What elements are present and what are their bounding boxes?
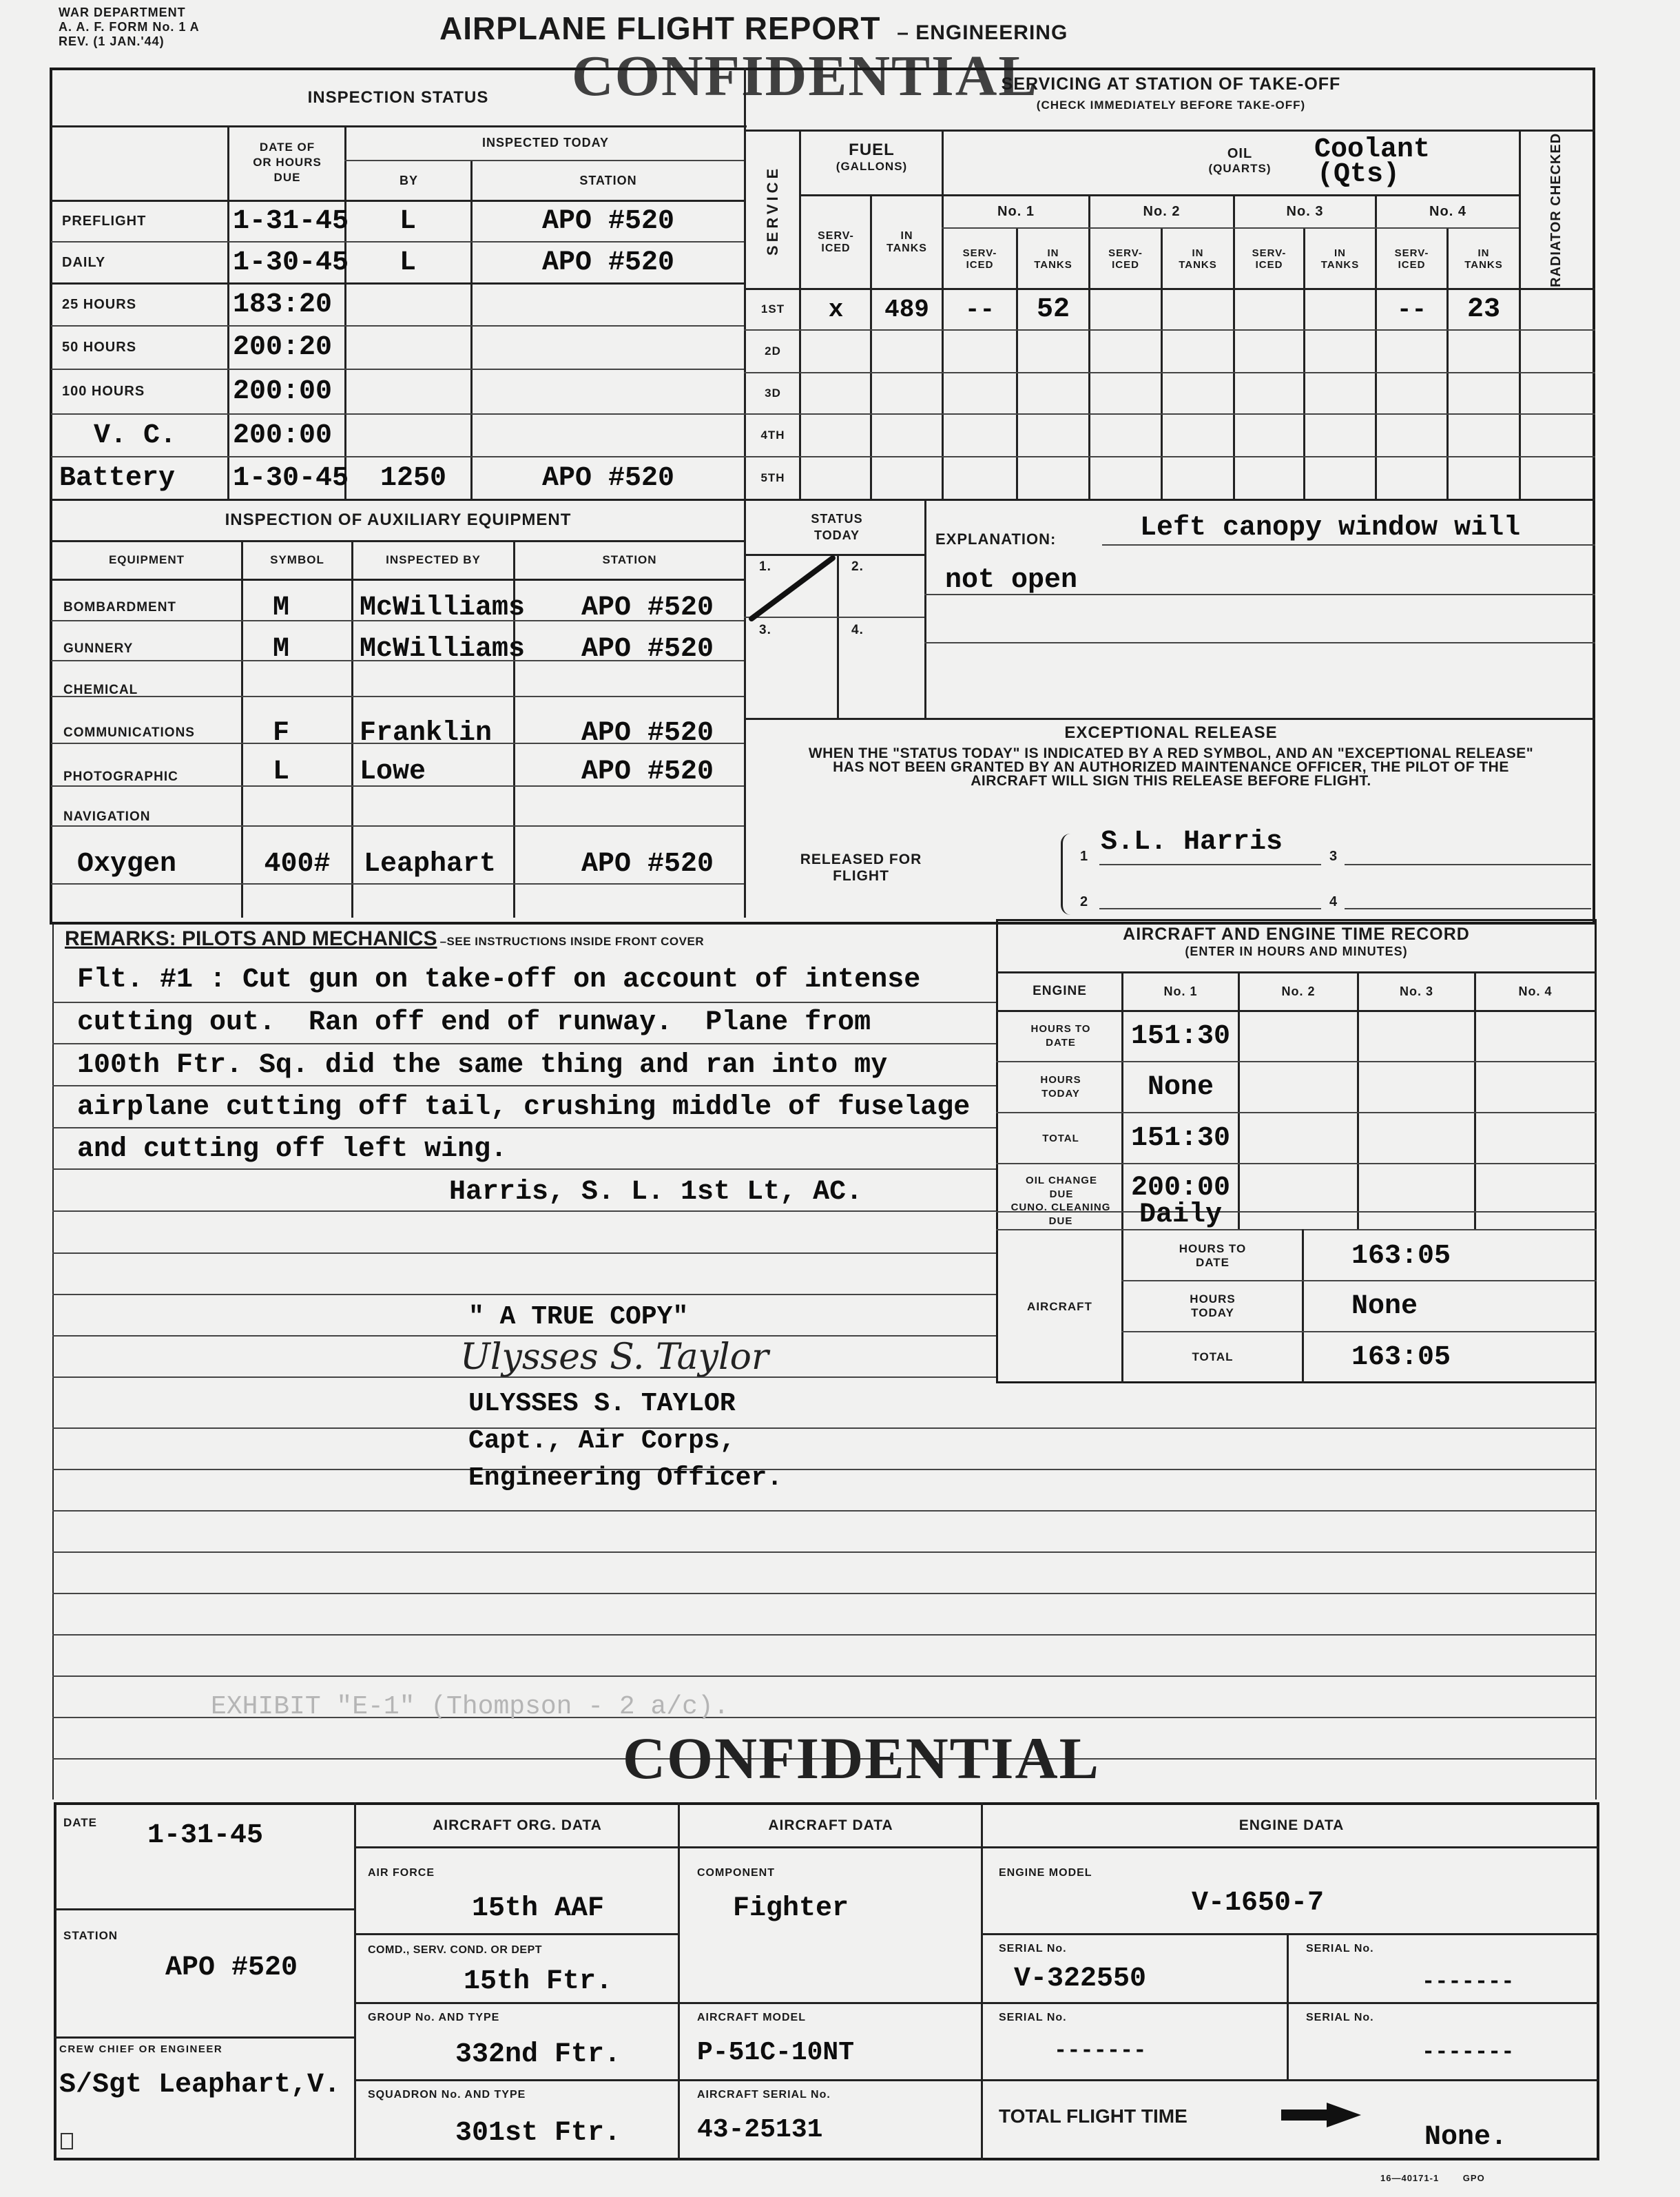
comd-value[interactable]: 15th Ftr. xyxy=(357,1962,678,2001)
group-value[interactable]: 332nd Ftr. xyxy=(357,2032,678,2076)
remarks-line[interactable]: airplane cutting off tail, crushing midd… xyxy=(77,1092,970,1123)
engine1-serviced-value[interactable]: -- xyxy=(944,289,1016,329)
serial-no-label: SERIAL No. xyxy=(999,2012,1067,2024)
aux-symbol[interactable]: M xyxy=(243,628,319,670)
aux-station[interactable]: APO #520 xyxy=(551,751,744,792)
engine-no4-header: No. 4 xyxy=(1377,196,1519,227)
time-row-label: HOURS TODAY xyxy=(1006,1062,1116,1112)
time-row-value[interactable]: 151:30 xyxy=(1123,1011,1238,1061)
time-engine-no1: No. 1 xyxy=(1123,973,1238,1010)
date-label: DATE xyxy=(63,1816,97,1830)
engine-model-value[interactable]: V-1650-7 xyxy=(1192,1888,1324,1919)
inspection-status-title: INSPECTION STATUS xyxy=(52,70,744,125)
inspection-label: 100 HOURS xyxy=(62,370,145,413)
engine-serial-1[interactable]: V-322550 xyxy=(1014,1963,1146,1994)
aircraft-label: AIRCRAFT xyxy=(998,1230,1121,1383)
crew-chief-value[interactable]: S/Sgt Leaphart,V. xyxy=(59,2070,340,2101)
engine-no1-header: No. 1 xyxy=(944,196,1088,227)
status-today-title: STATUS TODAY xyxy=(785,502,889,553)
aux-symbol[interactable]: F xyxy=(243,712,319,754)
inspection-label: V. C. xyxy=(94,415,176,456)
exceptional-release-body: WHEN THE "STATUS TODAY" IS INDICATED BY … xyxy=(796,747,1546,788)
aux-symbol[interactable]: L xyxy=(243,751,319,792)
fuel-serviced-header: SERV-ICED xyxy=(802,197,870,288)
in-tanks-header: IN TANKS xyxy=(1163,230,1233,288)
group-label: GROUP No. AND TYPE xyxy=(368,2012,499,2024)
release-signature-1[interactable]: S.L. Harris xyxy=(1101,827,1283,858)
component-value[interactable]: Fighter xyxy=(733,1893,849,1924)
squadron-value[interactable]: 301st Ftr. xyxy=(357,2110,678,2156)
coolant-note: Coolant (Qts) xyxy=(1314,138,1430,187)
aux-equipment-label: NAVIGATION xyxy=(63,796,150,838)
aux-equipment-label: CHEMICAL xyxy=(63,670,138,711)
remarks-line[interactable]: and cutting off left wing. xyxy=(77,1134,507,1165)
explanation-line[interactable]: Left canopy window will xyxy=(1140,513,1520,544)
inspection-due[interactable]: 1-30-45 xyxy=(233,243,349,282)
print-code: 16—40171-1 GPO xyxy=(1380,2173,1485,2183)
print-code-text: 16—40171-1 xyxy=(1380,2173,1439,2183)
explanation-line[interactable]: not open xyxy=(945,565,1077,596)
in-tanks-header: IN TANKS xyxy=(1018,230,1088,288)
in-tanks-header: IN TANKS xyxy=(1305,230,1375,288)
aux-equipment-label: GUNNERY xyxy=(63,628,133,670)
col-due-header: DATE OF OR HOURS DUE xyxy=(230,125,344,200)
remarks-line[interactable]: Flt. #1 : Cut gun on take-off on account… xyxy=(77,965,920,996)
aux-equipment-label: PHOTOGRAPHIC xyxy=(63,756,178,798)
aux-inspected-by[interactable]: Lowe xyxy=(360,751,426,792)
total-flight-time-label: TOTAL FLIGHT TIME xyxy=(999,2105,1188,2127)
service-row-label: 1ST xyxy=(747,289,799,329)
service-row-label: 2D xyxy=(747,331,799,372)
service-row-label: 4TH xyxy=(747,415,799,456)
inspection-due[interactable]: 200:20 xyxy=(233,327,332,369)
remarks-line[interactable]: Harris, S. L. 1st Lt, AC. xyxy=(449,1177,862,1208)
aircraft-hours-today[interactable]: None xyxy=(1351,1281,1418,1331)
inspection-label: Battery xyxy=(59,457,175,499)
checkbox[interactable] xyxy=(61,2133,73,2149)
remarks-header: REMARKS: PILOTS AND MECHANICS –SEE INSTR… xyxy=(65,927,704,951)
title-text: AIRPLANE FLIGHT REPORT xyxy=(439,10,880,46)
engine-no2-header: No. 2 xyxy=(1090,196,1233,227)
status-quadrant-4[interactable]: 4. xyxy=(851,623,864,638)
page-title: AIRPLANE FLIGHT REPORT – ENGINEERING xyxy=(439,10,1068,47)
servicing-title: SERVICING AT STATION OF TAKE-OFF (CHECK … xyxy=(747,74,1595,112)
remarks-line[interactable]: 100th Ftr. Sq. did the same thing and ra… xyxy=(77,1050,887,1081)
service-row-label: 5TH xyxy=(747,457,799,499)
time-row-label: TOTAL xyxy=(1006,1113,1116,1163)
confidential-stamp-bottom: CONFIDENTIAL xyxy=(623,1724,1100,1793)
explanation-label: EXPLANATION: xyxy=(935,530,1056,548)
col-inspected-today: INSPECTED TODAY xyxy=(347,125,744,160)
time-engine-no4: No. 4 xyxy=(1476,973,1595,1010)
engine-model-label: ENGINE MODEL xyxy=(999,1867,1092,1879)
time-row-value[interactable]: None xyxy=(1123,1062,1238,1112)
oil-label: OIL xyxy=(1171,146,1309,162)
form-id: WAR DEPARTMENT A. A. F. FORM No. 1 A REV… xyxy=(59,6,200,49)
comd-label: COMD., SERV. COND. OR DEPT xyxy=(368,1944,542,1957)
officer-rank: Capt., Air Corps, xyxy=(468,1426,736,1456)
fuel-serviced-value[interactable]: x xyxy=(802,289,870,329)
time-engine-no2: No. 2 xyxy=(1240,973,1357,1010)
officer-name: ULYSSES S. TAYLOR xyxy=(468,1389,736,1419)
aux-station[interactable]: APO #520 xyxy=(551,843,744,885)
aircraft-total[interactable]: 163:05 xyxy=(1351,1332,1451,1382)
aux-station[interactable]: APO #520 xyxy=(551,587,744,628)
fuel-in-tanks-value[interactable]: 489 xyxy=(872,289,942,329)
aircraft-row-label: HOURS TODAY xyxy=(1123,1281,1302,1331)
signature-num: 3 xyxy=(1329,849,1338,865)
signature-num: 2 xyxy=(1080,894,1088,910)
total-flight-time-value[interactable]: None. xyxy=(1424,2122,1507,2153)
remarks-instruction: –SEE INSTRUCTIONS INSIDE FRONT COVER xyxy=(440,935,705,948)
officer-title: Engineering Officer. xyxy=(468,1463,782,1493)
inspection-due[interactable]: 183:20 xyxy=(233,284,332,325)
col-symbol: SYMBOL xyxy=(243,541,351,579)
fuel-unit: (GALLONS) xyxy=(802,160,942,174)
signature-num: 1 xyxy=(1080,849,1088,865)
aux-station[interactable]: APO #520 xyxy=(551,712,744,754)
inspection-station[interactable]: APO #520 xyxy=(473,201,744,241)
inspection-due[interactable]: 1-30-45 xyxy=(233,457,349,499)
status-quadrant-2[interactable]: 2. xyxy=(851,559,864,575)
exhibit-note: EXHIBIT "E-1" (Thompson - 2 a/c). xyxy=(211,1692,729,1722)
col-aux-station: STATION xyxy=(515,541,744,579)
aircraft-row-label: TOTAL xyxy=(1123,1332,1302,1382)
engine-serial-4[interactable]: ------- xyxy=(1422,2039,1514,2065)
time-record-subtitle-text: (ENTER IN HOURS AND MINUTES) xyxy=(998,945,1595,959)
exceptional-release-title: EXCEPTIONAL RELEASE xyxy=(747,721,1595,745)
release-brace xyxy=(1061,834,1072,915)
aux-symbol[interactable]: 400# xyxy=(243,843,351,885)
time-record-title-text: AIRCRAFT AND ENGINE TIME RECORD xyxy=(998,925,1595,945)
coolant-unit: (Qts) xyxy=(1317,163,1430,187)
engine-serial-3[interactable]: ------- xyxy=(1054,2038,1146,2063)
service-row-label: 3D xyxy=(747,373,799,413)
fuel-label: FUEL xyxy=(802,141,942,160)
inspection-label: 25 HOURS xyxy=(62,284,136,325)
inspection-station[interactable]: APO #520 xyxy=(473,243,744,282)
engine-no3-header: No. 3 xyxy=(1235,196,1375,227)
time-row-value[interactable]: 151:30 xyxy=(1123,1113,1238,1163)
dept-line: WAR DEPARTMENT xyxy=(59,6,200,20)
status-quadrant-3[interactable]: 3. xyxy=(759,623,771,638)
engine4-serviced-value[interactable]: -- xyxy=(1377,289,1446,329)
aux-equipment-title: INSPECTION OF AUXILIARY EQUIPMENT xyxy=(52,500,744,540)
officer-signature: Ulysses S. Taylor xyxy=(460,1337,769,1378)
engine-data-title: ENGINE DATA xyxy=(984,1805,1599,1846)
fuel-header: FUEL (GALLONS) xyxy=(802,141,942,174)
aircraft-row-label: HOURS TO DATE xyxy=(1123,1232,1302,1280)
col-by: BY xyxy=(347,161,470,200)
aux-equipment-label: Oxygen xyxy=(77,843,176,885)
aux-inspected-by[interactable]: McWilliams xyxy=(360,628,525,670)
serial-no-label: SERIAL No. xyxy=(999,1943,1067,1955)
dept-line: REV. (1 JAN.'44) xyxy=(59,34,200,49)
inspection-label: DAILY xyxy=(62,243,105,282)
aux-symbol[interactable]: M xyxy=(243,587,319,628)
subtitle-text: – ENGINEERING xyxy=(897,21,1068,44)
aux-inspected-by[interactable]: Franklin xyxy=(360,712,492,754)
dept-line: A. A. F. FORM No. 1 A xyxy=(59,20,200,34)
inspection-label: PREFLIGHT xyxy=(62,201,146,241)
signature-num: 4 xyxy=(1329,894,1338,910)
serviced-header: SERV-ICED xyxy=(1090,230,1161,288)
serviced-header: SERV-ICED xyxy=(1377,230,1446,288)
inspection-station[interactable]: APO #520 xyxy=(473,457,744,499)
oil-unit: (QUARTS) xyxy=(1171,162,1309,176)
inspection-by[interactable]: L xyxy=(400,243,416,282)
aux-station[interactable]: APO #520 xyxy=(551,628,744,670)
inspection-by[interactable]: L xyxy=(400,201,416,241)
time-record-title: AIRCRAFT AND ENGINE TIME RECORD (ENTER I… xyxy=(998,925,1595,959)
time-row-label: HOURS TO DATE xyxy=(1006,1011,1116,1061)
remarks-title: REMARKS: PILOTS AND MECHANICS xyxy=(65,927,437,950)
aircraft-hours-to-date[interactable]: 163:05 xyxy=(1351,1232,1451,1280)
gpo-text: GPO xyxy=(1463,2173,1485,2183)
air-force-value[interactable]: 15th AAF xyxy=(357,1886,678,1930)
engine4-in-tanks-value[interactable]: 23 xyxy=(1449,289,1519,329)
remarks-line[interactable]: cutting out. Ran off end of runway. Plan… xyxy=(77,1007,871,1038)
oil-header: OIL (QUARTS) xyxy=(1171,146,1309,176)
inspection-due[interactable]: 200:00 xyxy=(233,370,332,413)
aircraft-serial-value[interactable]: 43-25131 xyxy=(697,2115,822,2145)
servicing-subtitle-text: (CHECK IMMEDIATELY BEFORE TAKE-OFF) xyxy=(747,99,1595,112)
col-inspected-by: INSPECTED BY xyxy=(353,541,513,579)
serial-no-label: SERIAL No. xyxy=(1306,1943,1374,1955)
col-equipment: EQUIPMENT xyxy=(52,541,241,579)
component-label: COMPONENT xyxy=(697,1867,775,1879)
org-data-title: AIRCRAFT ORG. DATA xyxy=(357,1805,678,1846)
released-for-flight-label: RELEASED FOR FLIGHT xyxy=(792,847,930,889)
station-value[interactable]: APO #520 xyxy=(165,1952,298,1983)
servicing-title-text: SERVICING AT STATION OF TAKE-OFF xyxy=(747,74,1595,94)
inspection-label: 50 HOURS xyxy=(62,327,136,369)
aux-inspected-by[interactable]: McWilliams xyxy=(360,587,525,628)
true-copy-label: " A TRUE COPY" xyxy=(468,1302,688,1332)
service-label: SERVICE xyxy=(747,132,799,288)
aircraft-serial-label: AIRCRAFT SERIAL No. xyxy=(697,2089,831,2101)
engine-col-label: ENGINE xyxy=(998,973,1121,1010)
aux-equipment-label: BOMBARDMENT xyxy=(63,587,176,628)
radiator-checked-label: RADIATOR CHECKED xyxy=(1522,132,1590,288)
squadron-label: SQUADRON No. AND TYPE xyxy=(368,2089,526,2101)
date-value[interactable]: 1-31-45 xyxy=(147,1820,263,1851)
status-slash-mark xyxy=(747,555,837,623)
arrow-right-icon xyxy=(1281,2101,1364,2129)
aux-inspected-by[interactable]: Leaphart xyxy=(364,843,496,885)
station-label: STATION xyxy=(63,1929,118,1943)
crew-chief-label: CREW CHIEF OR ENGINEER xyxy=(59,2043,222,2055)
in-tanks-header: IN TANKS xyxy=(1449,230,1519,288)
aircraft-model-value[interactable]: P-51C-10NT xyxy=(697,2038,854,2067)
engine1-in-tanks-value[interactable]: 52 xyxy=(1018,289,1088,329)
inspection-due[interactable]: 200:00 xyxy=(233,415,332,456)
serviced-header: SERV-ICED xyxy=(1235,230,1303,288)
aircraft-model-label: AIRCRAFT MODEL xyxy=(697,2012,806,2024)
fuel-in-tanks-header: IN TANKS xyxy=(872,197,942,288)
time-engine-no3: No. 3 xyxy=(1359,973,1474,1010)
aircraft-data-title: AIRCRAFT DATA xyxy=(681,1805,981,1846)
serviced-header: SERV-ICED xyxy=(944,230,1016,288)
inspection-due[interactable]: 1-31-45 xyxy=(233,201,349,241)
engine-serial-2[interactable]: ------- xyxy=(1422,1969,1514,1994)
serial-no-label: SERIAL No. xyxy=(1306,2012,1374,2024)
inspection-by[interactable]: 1250 xyxy=(380,457,446,499)
col-station: STATION xyxy=(473,161,744,200)
air-force-label: AIR FORCE xyxy=(368,1867,435,1879)
aux-equipment-label: COMMUNICATIONS xyxy=(63,712,195,754)
